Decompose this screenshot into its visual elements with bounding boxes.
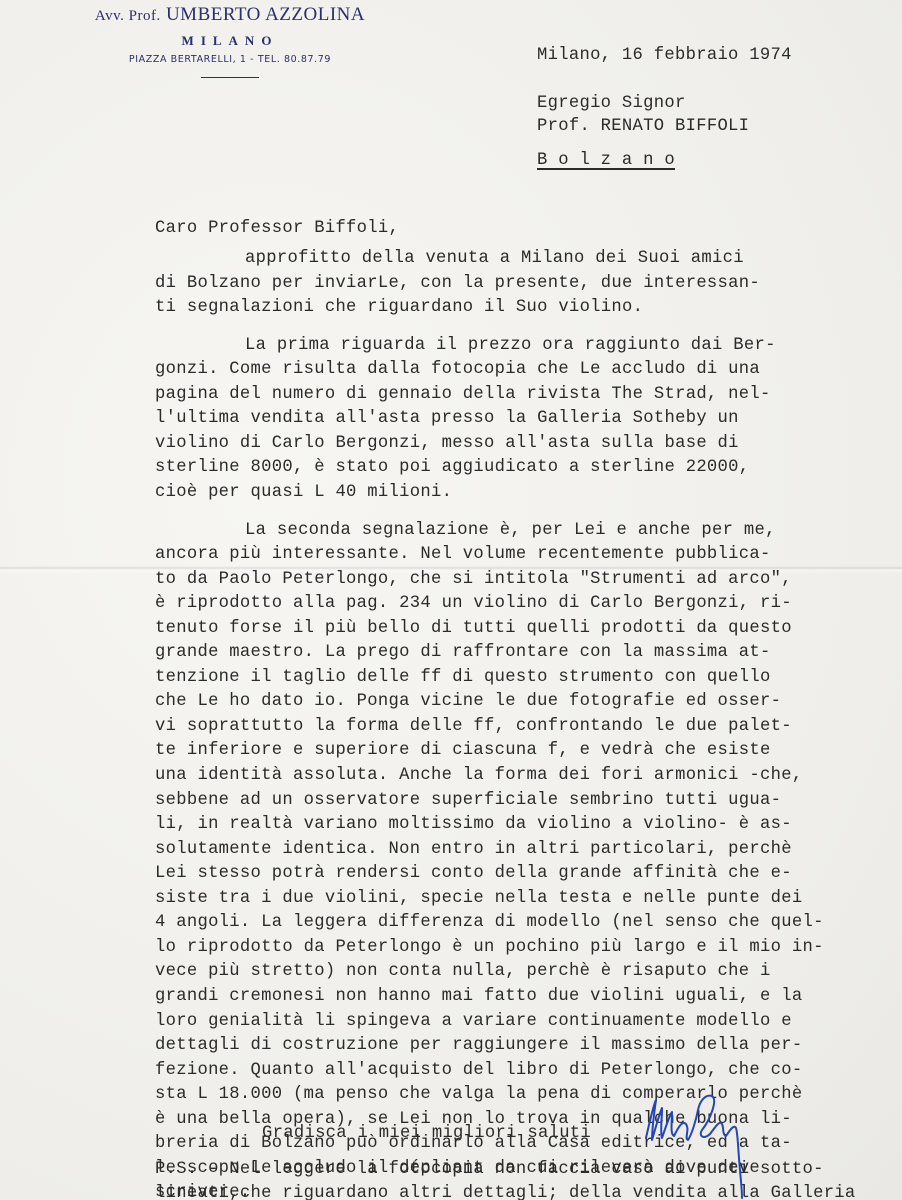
body-line: sterline 8000, è stato poi aggiudicato a… [155, 458, 749, 477]
body-line: La seconda segnalazione è, per Lei e anc… [245, 521, 776, 540]
body-line: ti segnalazioni che riguardano il Suo vi… [155, 298, 643, 317]
greeting: Caro Professor Biffoli, [155, 219, 399, 238]
body-line: l'ultima vendita all'asta presso la Gall… [155, 409, 739, 428]
body-line: vi soprattutto la forma delle ff, confro… [155, 717, 792, 736]
body-line: solutamente identica. Non entro in altri… [155, 840, 792, 859]
body-line: gonzi. Come risulta dalla fotocopia che … [155, 360, 760, 379]
body-line: fezione. Quanto all'acquisto del libro d… [155, 1061, 802, 1080]
body-line: tenuto forse il più bello di tutti quell… [155, 619, 792, 638]
body-line: te inferiore e superiore di ciascuna f, … [155, 741, 771, 760]
body-line: La prima riguarda il prezzo ora raggiunt… [245, 336, 776, 355]
body-line: 4 angoli. La leggera differenza di model… [155, 913, 824, 932]
body-line: una identità assoluta. Anche la forma de… [155, 766, 802, 785]
body-line: tenzione il taglio delle ff di questo st… [155, 668, 771, 687]
body-line: to da Paolo Peterlongo, che si intitola … [155, 570, 792, 589]
letterhead-divider [201, 77, 259, 78]
letterhead-city: MILANO [60, 31, 400, 51]
letterhead: Avv. Prof. UMBERTO AZZOLINA MILANO PIAZZ… [60, 2, 400, 78]
body-line: grandi cremonesi non hanno mai fatto due… [155, 987, 802, 1006]
body-line: siste tra i due violini, specie nella te… [155, 889, 802, 908]
closing: Gradisca i miei migliori saluti [262, 1124, 591, 1143]
body-line: pagina del numero di gennaio della rivis… [155, 385, 771, 404]
body-line: ancora più interessante. Nel volume rece… [155, 545, 771, 564]
letterhead-address: PIAZZA BERTARELLI, 1 - TEL. 80.87.79 [60, 51, 400, 69]
body-line: cioè per quasi L 40 milioni. [155, 483, 452, 502]
body-line: che Le ho dato io. Ponga vicine le due f… [155, 692, 781, 711]
recipient-city: B o l z a n o [537, 151, 675, 170]
letter-date: Milano, 16 febbraio 1974 [537, 46, 792, 65]
body-line: è riprodotto alla pag. 234 un violino di… [155, 594, 792, 613]
body-line: li, in realtà variano moltissimo da viol… [155, 815, 792, 834]
body-line: violino di Carlo Bergonzi, messo all'ast… [155, 434, 739, 453]
letterhead-name: Avv. Prof. UMBERTO AZZOLINA [60, 2, 400, 29]
body-line: dettagli di costruzione per raggiungere … [155, 1036, 802, 1055]
body-line: di Bolzano per inviarLe, con la presente… [155, 274, 760, 293]
letterhead-title: Avv. Prof. [95, 8, 161, 24]
body-line: sebbene ad un osservatore superficiale s… [155, 791, 781, 810]
signature [640, 1090, 770, 1200]
body-line: Lei stesso potrà rendersi conto della gr… [155, 864, 792, 883]
body-line: approfitto della venuta a Milano dei Suo… [245, 249, 744, 268]
letterhead-person: UMBERTO AZZOLINA [166, 4, 365, 25]
recipient-name: Prof. RENATO BIFFOLI [537, 117, 749, 136]
body-line: grande maestro. La prego di raffrontare … [155, 643, 771, 662]
body-line: lo riprodotto da Peterlongo è un pochino… [155, 938, 824, 957]
body-line: vece più stretto) non conta nulla, perch… [155, 962, 771, 981]
body-line: loro genialità li spingeva a variare con… [155, 1012, 792, 1031]
recipient-salutation: Egregio Signor [537, 94, 686, 113]
